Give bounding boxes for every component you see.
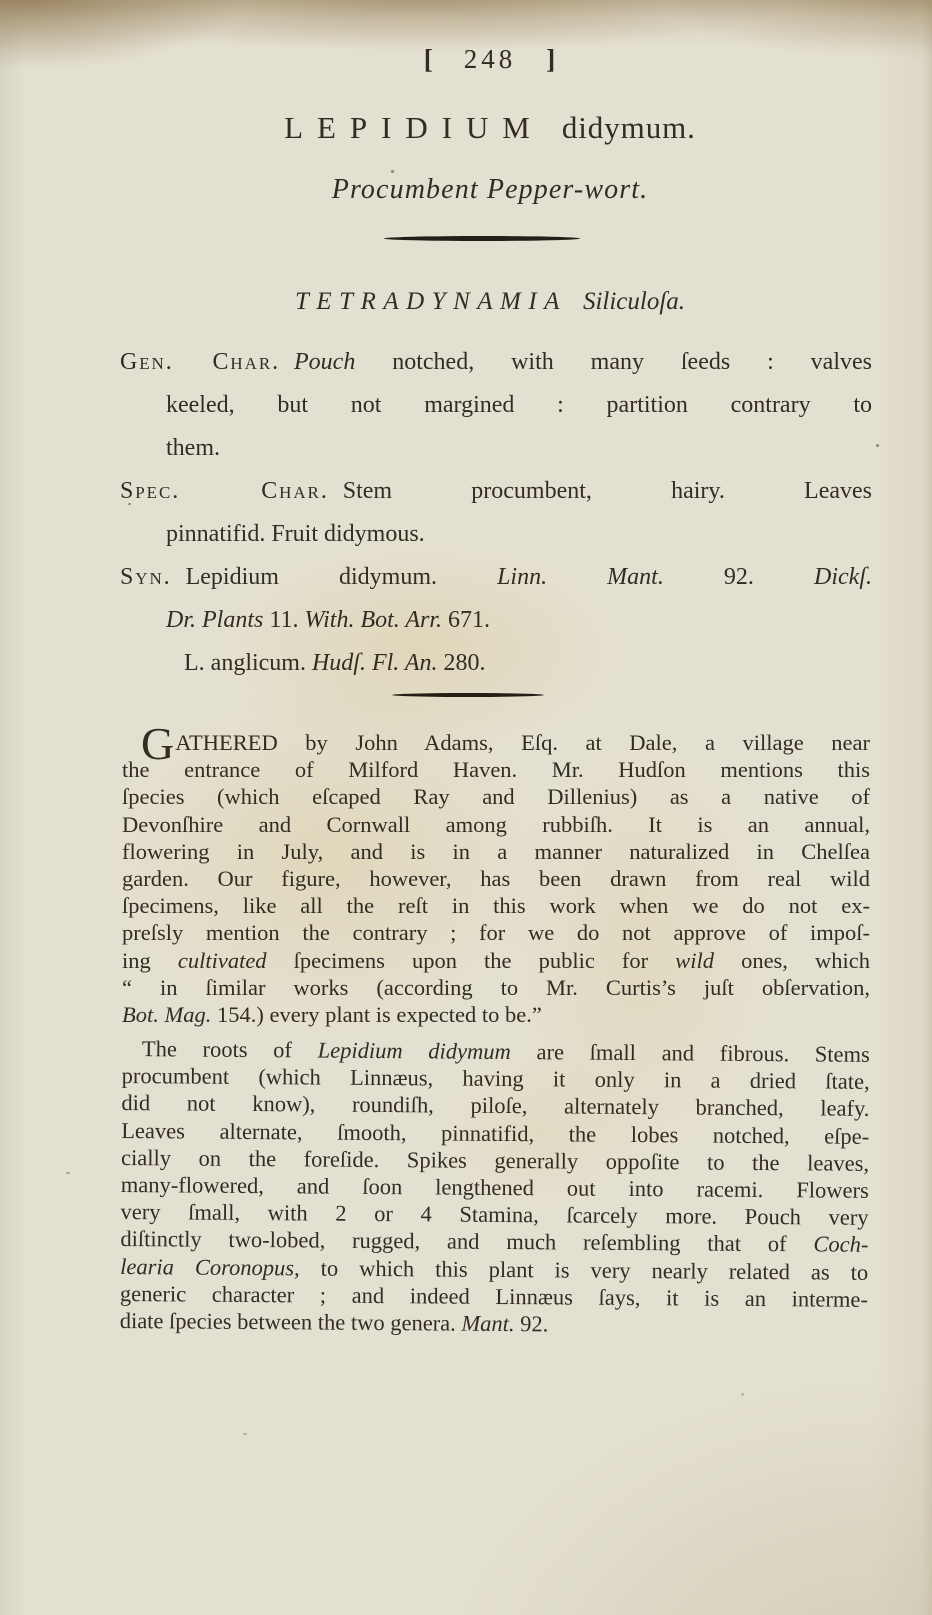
paper-speck bbox=[508, 60, 510, 62]
paper-speck bbox=[741, 1393, 744, 1396]
paragraph-lines: The roots of Lepidium didymum are ſmall … bbox=[120, 1035, 870, 1340]
text-line: ſpecies (which eſcaped Ray and Dillenius… bbox=[122, 783, 870, 810]
spec-char-text: Stem procumbent, hairy. Leaves bbox=[343, 478, 872, 504]
text-line: Devonſhire and Cornwall among rubbiſh. I… bbox=[122, 811, 870, 838]
synonym-label: Syn. bbox=[120, 564, 172, 590]
folio-number: 248 bbox=[464, 44, 517, 74]
text-line: garden. Our figure, however, has been dr… bbox=[122, 865, 870, 892]
gen-char-line: them. bbox=[120, 427, 872, 470]
paper-speck bbox=[66, 1172, 70, 1174]
body-paragraph-2: The roots of Lepidium didymum are ſmall … bbox=[120, 1035, 870, 1340]
divider-rule-middle bbox=[392, 693, 544, 697]
text-line: GATHERED by John Adams, Eſq. at Dale, a … bbox=[122, 729, 870, 756]
scanned-book-page: { "colors": { "paper": "#e4e0d1", "ink":… bbox=[0, 0, 932, 1615]
paper-speck bbox=[391, 170, 394, 173]
divider-rule-top bbox=[384, 236, 580, 241]
taxonomy-order: Siliculoſa. bbox=[583, 288, 685, 315]
text-line: “ in ſimilar works (according to Mr. Cur… bbox=[122, 974, 870, 1001]
text-line: the entrance of Milford Haven. Mr. Hudſo… bbox=[122, 756, 870, 783]
gen-char-line: Gen. Char.Pouch notched, with many ſeeds… bbox=[120, 341, 872, 384]
taxonomy-class: TETRADYNAMIA bbox=[295, 288, 567, 315]
title-species: didymum. bbox=[562, 110, 696, 145]
text-line: ing cultivated ſpecimens upon the public… bbox=[122, 947, 870, 974]
paper-speck bbox=[876, 444, 879, 447]
taxonomy-line: TETRADYNAMIASiliculoſa. bbox=[112, 288, 868, 316]
gen-char-line: keeled, but not margined : partition con… bbox=[120, 384, 872, 427]
description-sections: Gen. Char.Pouch notched, with many ſeeds… bbox=[120, 341, 872, 685]
page-subtitle: Procumbent Pepper-wort. bbox=[112, 174, 868, 206]
paper-speck bbox=[243, 1433, 247, 1435]
spec-char-line: pinnatifid. Fruit didymous. bbox=[120, 513, 872, 556]
spec-char-line: Spec. Char.Stem procumbent, hairy. Leave… bbox=[120, 470, 872, 513]
body-paragraph-1: GATHERED by John Adams, Eſq. at Dale, a … bbox=[122, 729, 870, 1028]
gen-char-text: Pouch notched, with many ſeeds : valves bbox=[294, 349, 872, 375]
paper-speck bbox=[128, 503, 131, 505]
text-line: flowering in July, and is in a manner na… bbox=[122, 838, 870, 865]
page-number: [248] bbox=[112, 44, 868, 75]
text-line: Bot. Mag. 154.) every plant is expected … bbox=[122, 1001, 870, 1028]
text-line: ſpecimens, like all the reſt in this wor… bbox=[122, 892, 870, 919]
folio-close-bracket: ] bbox=[546, 44, 556, 74]
gen-char-label: Gen. Char. bbox=[120, 349, 280, 375]
synonym-line: Dr. Plants 11. With. Bot. Arr. 671. bbox=[120, 599, 872, 642]
title-genus: LEPIDIUM bbox=[284, 110, 544, 145]
text-line: preſsly mention the contrary ; for we do… bbox=[122, 919, 870, 946]
first-line-text: ATHERED by John Adams, Eſq. at Dale, a v… bbox=[175, 730, 870, 755]
paragraph-lines: the entrance of Milford Haven. Mr. Hudſo… bbox=[122, 756, 870, 1028]
synonym-line: Syn.Lepidium didymum. Linn. Mant. 92. Di… bbox=[120, 556, 872, 599]
folio-open-bracket: [ bbox=[424, 44, 434, 74]
synonym-text: Lepidium didymum. Linn. Mant. 92. Dickſ. bbox=[186, 564, 872, 590]
synonym-line: L. anglicum. Hudſ. Fl. An. 280. bbox=[120, 642, 872, 685]
page-title: LEPIDIUMdidymum. bbox=[112, 110, 868, 146]
spec-char-label: Spec. Char. bbox=[120, 478, 329, 504]
